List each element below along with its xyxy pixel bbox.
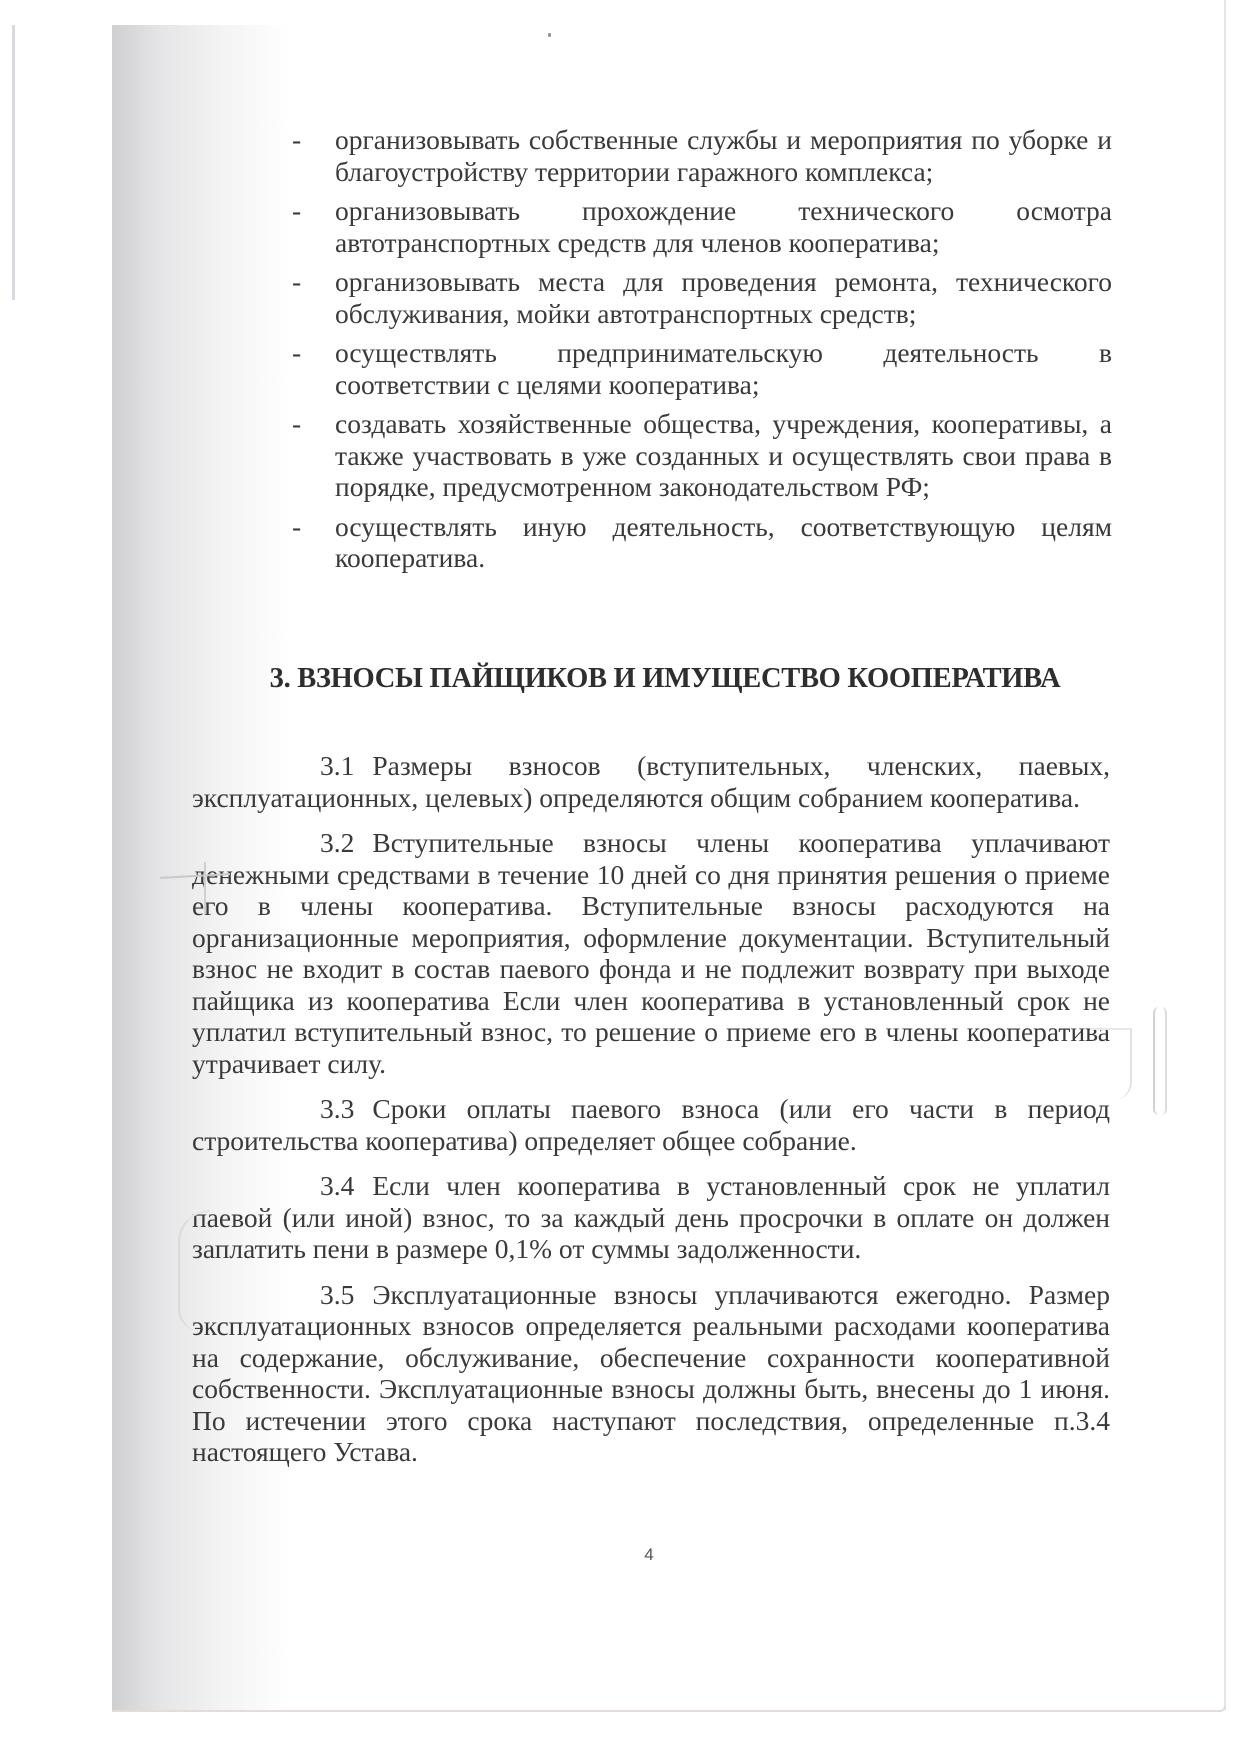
list-item: - организовывать собственные службы и ме… bbox=[292, 124, 1112, 187]
list-item: - создавать хозяйственные общества, учре… bbox=[292, 408, 1112, 503]
list-item-text: осуществлять предпринимательскую деятель… bbox=[335, 337, 1112, 400]
list-item: - организовывать места для проведения ре… bbox=[292, 266, 1112, 329]
dash-bullet: - bbox=[292, 511, 301, 543]
dash-bullet: - bbox=[292, 266, 301, 298]
paragraph-3-5: 3.5Эксплуатационные взносы уплачиваются … bbox=[192, 1279, 1110, 1468]
paragraph-list: 3.1Размеры взносов (вступительных, членс… bbox=[192, 750, 1110, 1482]
dash-bullet: - bbox=[292, 124, 301, 156]
pencil-mark-icon bbox=[1153, 1007, 1167, 1115]
clause-number: 3.5 bbox=[256, 1279, 354, 1311]
bullet-list: - организовывать собственные службы и ме… bbox=[292, 124, 1112, 582]
document-page: - организовывать собственные службы и ме… bbox=[0, 0, 1240, 1754]
pencil-bracket-icon bbox=[1090, 1028, 1132, 1100]
paragraph-3-4: 3.4Если член кооператива в установленный… bbox=[192, 1170, 1110, 1265]
list-item: - осуществлять предпринимательскую деяте… bbox=[292, 337, 1112, 400]
clause-number: 3.3 bbox=[256, 1093, 354, 1125]
dash-bullet: - bbox=[292, 408, 301, 440]
clause-text: Вступительные взносы члены кооператива у… bbox=[192, 827, 1110, 1079]
page-number: 4 bbox=[634, 1545, 664, 1565]
dash-bullet: - bbox=[292, 337, 301, 369]
pencil-bracket-icon bbox=[178, 1210, 210, 1332]
list-item-text: осуществлять иную деятельность, соответс… bbox=[335, 511, 1112, 574]
list-item-text: создавать хозяйственные общества, учрежд… bbox=[335, 408, 1112, 502]
list-item-text: организовывать прохождение технического … bbox=[335, 195, 1112, 258]
paragraph-3-2: 3.2Вступительные взносы члены кооператив… bbox=[192, 827, 1110, 1079]
list-item-text: организовывать места для проведения ремо… bbox=[335, 266, 1112, 329]
clause-number: 3.2 bbox=[256, 827, 354, 859]
clause-number: 3.4 bbox=[256, 1170, 354, 1202]
dash-bullet: - bbox=[292, 195, 301, 227]
list-item: - осуществлять иную деятельность, соотве… bbox=[292, 511, 1112, 574]
list-item: - организовывать прохождение техническог… bbox=[292, 195, 1112, 258]
paragraph-3-1: 3.1Размеры взносов (вступительных, членс… bbox=[192, 750, 1110, 813]
pencil-mark-icon bbox=[204, 862, 206, 914]
clause-number: 3.1 bbox=[256, 750, 354, 782]
section-heading: 3. ВЗНОСЫ ПАЙЩИКОВ И ИМУЩЕСТВО КООПЕРАТИ… bbox=[200, 663, 1130, 695]
paragraph-3-3: 3.3Сроки оплаты паевого взноса (или его … bbox=[192, 1093, 1110, 1156]
list-item-text: организовывать собственные службы и меро… bbox=[335, 124, 1112, 187]
